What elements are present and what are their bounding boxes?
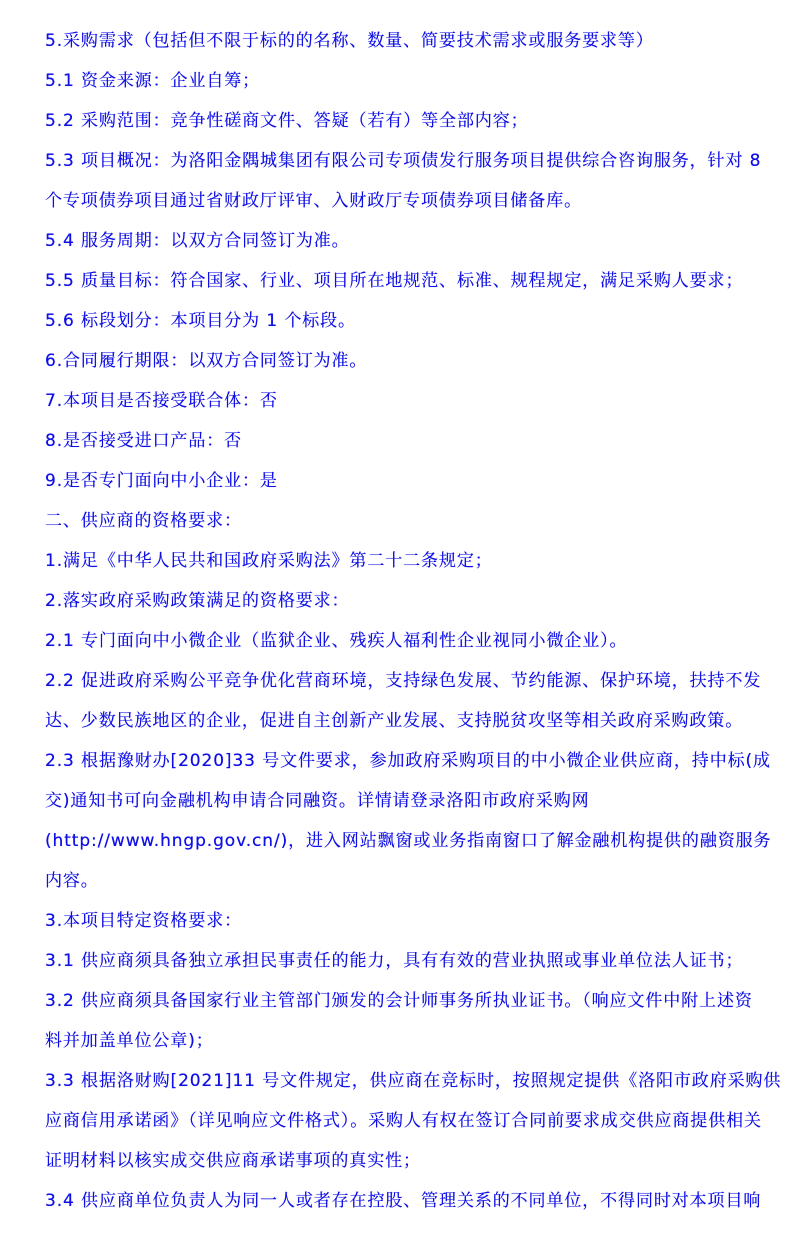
text-line: 料并加盖单位公章)； <box>45 1021 761 1061</box>
text-line: 7.本项目是否接受联合体：否 <box>45 381 761 421</box>
text-line: 3.4 供应商单位负责人为同一人或者存在控股、管理关系的不同单位，不得同时对本项… <box>45 1181 761 1221</box>
text-line: 5.2 采购范围：竞争性磋商文件、答疑（若有）等全部内容； <box>45 101 761 141</box>
text-line: 5.4 服务周期：以双方合同签订为准。 <box>45 221 761 261</box>
document-page: 5.采购需求（包括但不限于标的的名称、数量、简要技术需求或服务要求等）5.1 资… <box>0 0 801 1247</box>
text-line: 3.本项目特定资格要求： <box>45 901 761 941</box>
text-line: 达、少数民族地区的企业，促进自主创新产业发展、支持脱贫攻坚等相关政府采购政策。 <box>45 701 761 741</box>
text-line: 5.5 质量目标：符合国家、行业、项目所在地规范、标准、规程规定，满足采购人要求… <box>45 261 761 301</box>
text-line: 3.2 供应商须具备国家行业主管部门颁发的会计师事务所执业证书。（响应文件中附上… <box>45 981 761 1021</box>
text-line: 2.3 根据豫财办[2020]33 号文件要求，参加政府采购项目的中小微企业供应… <box>45 741 761 781</box>
text-line: 交)通知书可向金融机构申请合同融资。详情请登录洛阳市政府采购网 <box>45 781 761 821</box>
document-body: 5.采购需求（包括但不限于标的的名称、数量、简要技术需求或服务要求等）5.1 资… <box>45 21 761 1221</box>
text-line: 3.3 根据洛财购[2021]11 号文件规定，供应商在竞标时，按照规定提供《洛… <box>45 1061 761 1101</box>
text-line: 5.6 标段划分：本项目分为 1 个标段。 <box>45 301 761 341</box>
text-line: 1.满足《中华人民共和国政府采购法》第二十二条规定； <box>45 541 761 581</box>
text-line: 应商信用承诺函》（详见响应文件格式）。采购人有权在签订合同前要求成交供应商提供相… <box>45 1101 761 1141</box>
text-line: 8.是否接受进口产品：否 <box>45 421 761 461</box>
text-line: 2.落实政府采购政策满足的资格要求： <box>45 581 761 621</box>
text-line: 证明材料以核实成交供应商承诺事项的真实性； <box>45 1141 761 1181</box>
text-line: 5.采购需求（包括但不限于标的的名称、数量、简要技术需求或服务要求等） <box>45 21 761 61</box>
text-line: 9.是否专门面向中小企业：是 <box>45 461 761 501</box>
text-line: 3.1 供应商须具备独立承担民事责任的能力，具有有效的营业执照或事业单位法人证书… <box>45 941 761 981</box>
text-line: 5.3 项目概况：为洛阳金隅城集团有限公司专项债发行服务项目提供综合咨询服务，针… <box>45 141 761 181</box>
text-line: 5.1 资金来源：企业自筹； <box>45 61 761 101</box>
text-line: (http://www.hngp.gov.cn/)，进入网站飘窗或业务指南窗口了… <box>45 821 761 861</box>
text-line: 2.2 促进政府采购公平竞争优化营商环境，支持绿色发展、节约能源、保护环境，扶持… <box>45 661 761 701</box>
text-line: 6.合同履行期限：以双方合同签订为准。 <box>45 341 761 381</box>
text-line: 内容。 <box>45 861 761 901</box>
text-line: 二、供应商的资格要求： <box>45 501 761 541</box>
text-line: 个专项债券项目通过省财政厅评审、入财政厅专项债券项目储备库。 <box>45 181 761 221</box>
text-line: 2.1 专门面向中小微企业（监狱企业、残疾人福利性企业视同小微企业）。 <box>45 621 761 661</box>
